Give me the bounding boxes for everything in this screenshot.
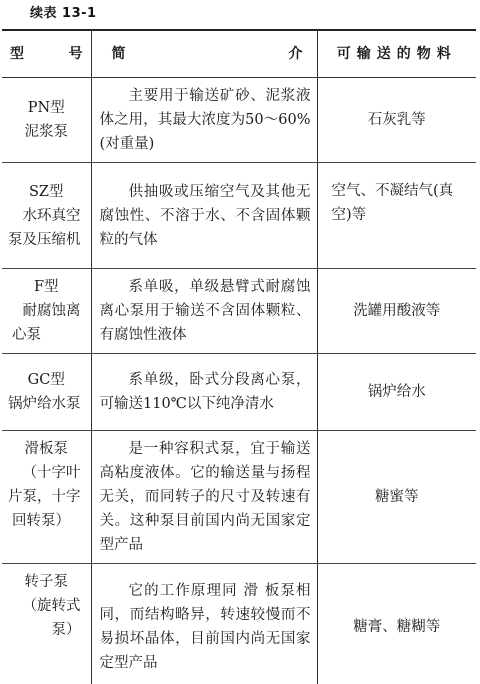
materials-cell: 洗罐用酸液等 <box>317 269 476 354</box>
header-materials: 可输送的物料 <box>317 30 476 78</box>
table-row: SZ型 水环真空 泵及压缩机 供抽吸或压缩空气及其他无腐蚀性、不溶于水、不含固体… <box>2 163 476 269</box>
description-text: 是一种容积式泵，宜于输送高粘度液体。它的输送量与扬程无关，而同转子的尺寸及转速有… <box>100 437 311 557</box>
materials-cell: 锅炉给水 <box>317 354 476 431</box>
model-line: 心泵 <box>2 323 81 347</box>
model-line: 锅炉给水泵 <box>2 392 81 416</box>
model-cell: F型 耐腐蚀离 心泵 <box>2 269 91 354</box>
model-line: 转子泵 <box>2 570 81 594</box>
materials-cell: 糖蜜等 <box>317 431 476 564</box>
model-cell: SZ型 水环真空 泵及压缩机 <box>2 163 91 269</box>
description-text: 它的工作原理同 滑 板泵相同，而结构略异，转速较慢而不易损坏晶体，目前国内尚无国… <box>100 579 311 675</box>
header-row: 型 号 简 介 可输送的物料 <box>2 30 476 78</box>
model-line: （旋转式泵） <box>2 594 81 642</box>
model-cell: PN型 泥浆泵 <box>2 78 91 163</box>
header-materials-label: 可输送的物料 <box>318 42 477 66</box>
table-row: 转子泵 （旋转式泵） 它的工作原理同 滑 板泵相同，而结构略异，转速较慢而不易损… <box>2 564 476 684</box>
model-line: F型 <box>2 275 81 299</box>
table-row: F型 耐腐蚀离 心泵 系单吸，单级悬臂式耐腐蚀离心泵用于输送不含固体颗粒、有腐蚀… <box>2 269 476 354</box>
table-row: 滑板泵 （十字叶 片泵，十字 回转泵） 是一种容积式泵，宜于输送高粘度液体。它的… <box>2 431 476 564</box>
pump-table: 型 号 简 介 可输送的物料 PN型 泥浆泵 主要用于输送矿砂、泥浆液体之用，其… <box>2 29 476 684</box>
model-line: 泵及压缩机 <box>2 228 81 252</box>
description-text: 系单级，卧式分段离心泵，可输送110℃以下纯净清水 <box>100 368 311 416</box>
model-line: 滑板泵 <box>2 437 81 461</box>
materials-cell: 空气、不凝结气(真空)等 <box>317 163 476 269</box>
header-description-char-1: 简 <box>112 42 126 66</box>
description-cell: 主要用于输送矿砂、泥浆液体之用，其最大浓度为50～60%(对重量) <box>91 78 317 163</box>
header-model: 型 号 <box>2 30 91 78</box>
table-row: GC型 锅炉给水泵 系单级，卧式分段离心泵，可输送110℃以下纯净清水 锅炉给水 <box>2 354 476 431</box>
model-cell: 滑板泵 （十字叶 片泵，十字 回转泵） <box>2 431 91 564</box>
description-text: 系单吸，单级悬臂式耐腐蚀离心泵用于输送不含固体颗粒、有腐蚀性液体 <box>100 275 311 347</box>
materials-cell: 糖膏、糖糊等 <box>317 564 476 684</box>
description-cell: 供抽吸或压缩空气及其他无腐蚀性、不溶于水、不含固体颗粒的气体 <box>91 163 317 269</box>
table-caption: 续表 13-1 <box>30 2 97 21</box>
model-line: 回转泵） <box>2 509 81 533</box>
description-cell: 是一种容积式泵，宜于输送高粘度液体。它的输送量与扬程无关，而同转子的尺寸及转速有… <box>91 431 317 564</box>
description-cell: 系单级，卧式分段离心泵，可输送110℃以下纯净清水 <box>91 354 317 431</box>
description-text: 供抽吸或压缩空气及其他无腐蚀性、不溶于水、不含固体颗粒的气体 <box>100 180 311 252</box>
header-model-char-1: 型 <box>10 42 24 66</box>
header-description: 简 介 <box>91 30 317 78</box>
description-text: 主要用于输送矿砂、泥浆液体之用，其最大浓度为50～60%(对重量) <box>100 84 311 156</box>
model-line: GC型 <box>2 368 81 392</box>
model-line: 水环真空 <box>2 204 81 228</box>
model-cell: GC型 锅炉给水泵 <box>2 354 91 431</box>
model-line: 片泵，十字 <box>2 485 81 509</box>
materials-cell: 石灰乳等 <box>317 78 476 163</box>
model-line: 泥浆泵 <box>2 120 81 144</box>
model-line: （十字叶 <box>2 461 81 485</box>
header-model-char-2: 号 <box>69 42 83 66</box>
model-line: 耐腐蚀离 <box>2 299 81 323</box>
model-line: PN型 <box>2 96 81 120</box>
model-cell: 转子泵 （旋转式泵） <box>2 564 91 684</box>
table-row: PN型 泥浆泵 主要用于输送矿砂、泥浆液体之用，其最大浓度为50～60%(对重量… <box>2 78 476 163</box>
header-description-char-2: 介 <box>289 42 303 66</box>
description-cell: 它的工作原理同 滑 板泵相同，而结构略异，转速较慢而不易损坏晶体，目前国内尚无国… <box>91 564 317 684</box>
model-line: SZ型 <box>2 180 81 204</box>
description-cell: 系单吸，单级悬臂式耐腐蚀离心泵用于输送不含固体颗粒、有腐蚀性液体 <box>91 269 317 354</box>
